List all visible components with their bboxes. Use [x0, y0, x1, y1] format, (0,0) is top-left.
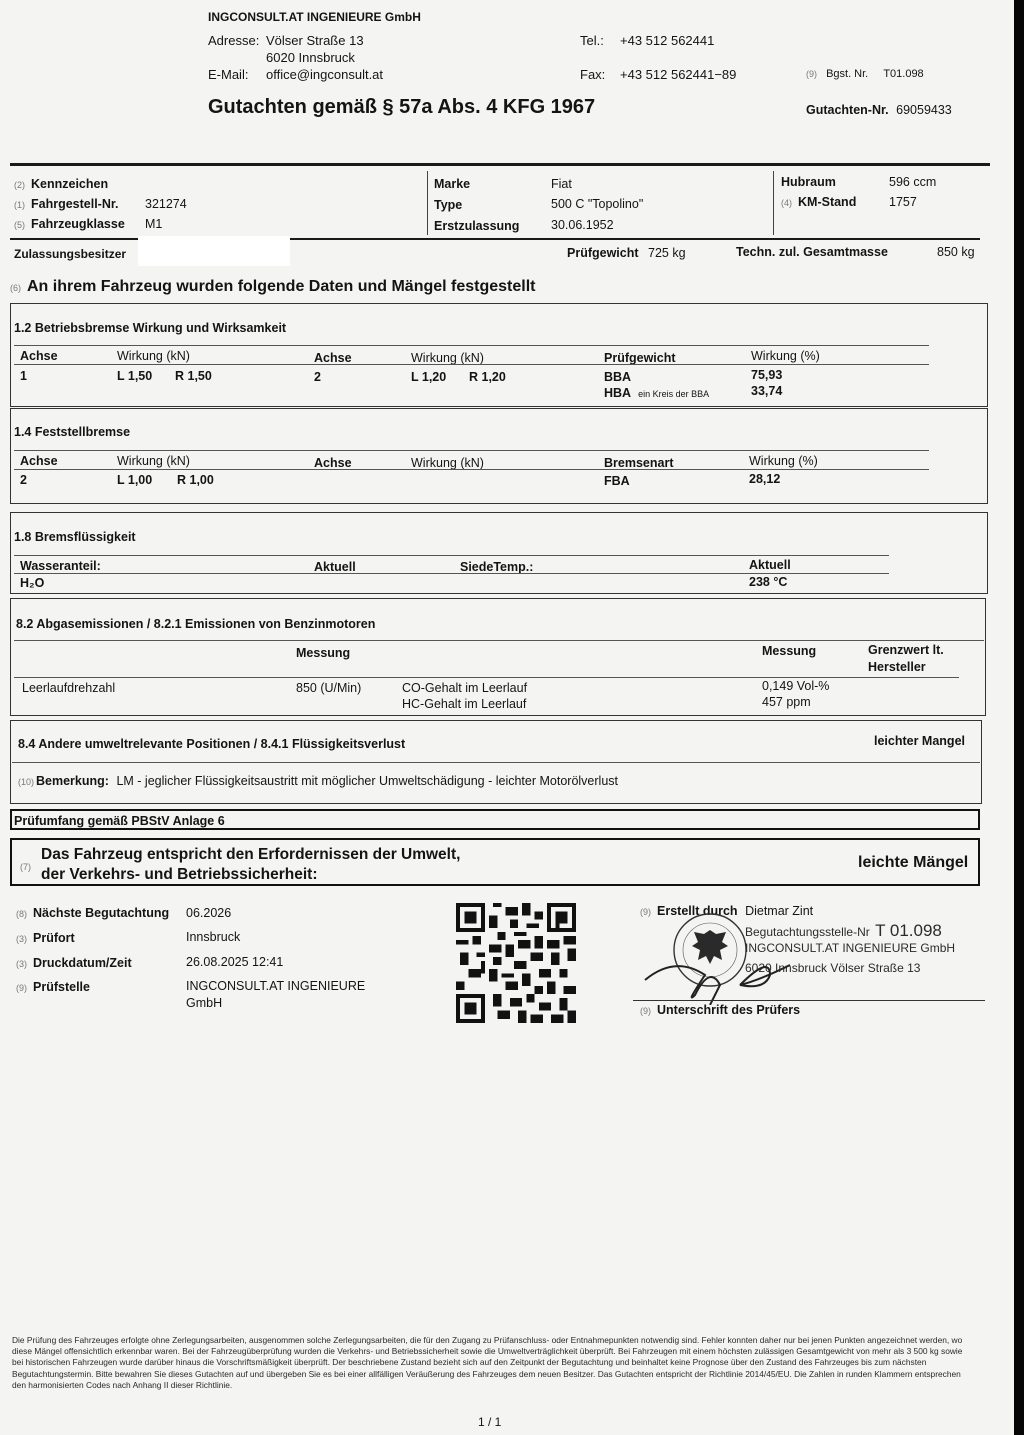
section-1-8 [10, 512, 988, 594]
divider [14, 573, 889, 574]
cell: HBA [604, 386, 631, 400]
pruefgewicht-label: Prüfgewicht [567, 246, 639, 260]
email-link[interactable]: office@ingconsult.at [266, 67, 383, 82]
detail-label: Druckdatum/Zeit [33, 956, 132, 970]
address-line1: Völser Straße 13 [266, 33, 364, 48]
cell: 457 ppm [762, 695, 811, 709]
scan-edge [1014, 0, 1024, 1435]
remark-text: LM - jeglicher Flüssigkeitsaustritt mit … [116, 774, 618, 788]
klasse-label: Fahrzeugklasse [31, 217, 125, 231]
address-line2: 6020 Innsbruck [266, 50, 355, 65]
divider [10, 238, 138, 240]
type-value: 500 C "Topolino" [551, 197, 643, 211]
col-header: Achse [314, 456, 352, 470]
col-header: Achse [20, 349, 58, 363]
col-header: Prüfgewicht [604, 351, 676, 365]
col-header: Wirkung (kN) [411, 351, 484, 365]
cell: 33,74 [751, 384, 782, 398]
col-header: Messung [762, 644, 816, 658]
signature-icon [640, 945, 820, 1005]
findings-code: (6) [10, 283, 21, 293]
kennzeichen-label: Kennzeichen [31, 177, 108, 191]
col-header: Wirkung (%) [751, 349, 820, 363]
fax-value: +43 512 562441−89 [620, 67, 736, 82]
cell: 0,149 Vol-% [762, 679, 829, 693]
divider [14, 640, 984, 641]
created-by: Dietmar Zint [745, 904, 813, 918]
detail-label: Prüfstelle [33, 980, 90, 994]
divider [12, 762, 980, 763]
detail-label: Prüfort [33, 931, 75, 945]
divider [14, 450, 929, 451]
col-header: Aktuell [314, 560, 356, 574]
klasse-code: (5) [14, 220, 25, 230]
cell: R 1,20 [469, 370, 506, 384]
page-number: 1 / 1 [478, 1415, 501, 1429]
detail-code: (9) [16, 983, 27, 993]
stamp-number: T 01.098 [875, 921, 942, 940]
verdict-line1: Das Fahrzeug entspricht den Erforderniss… [41, 846, 460, 864]
cell: 75,93 [751, 368, 782, 382]
scope-text: Prüfumfang gemäß PBStV Anlage 6 [14, 814, 225, 828]
klasse-value: M1 [145, 217, 162, 231]
fahrgestell-code: (1) [14, 200, 25, 210]
besitzer-label: Zulassungsbesitzer [14, 247, 126, 261]
hubraum-value: 596 ccm [889, 175, 936, 189]
address-label: Adresse: [208, 33, 259, 48]
detail-label: Nächste Begutachtung [33, 906, 169, 920]
detail-value: GmbH [186, 996, 222, 1010]
verdict-line2: der Verkehrs- und Betriebssicherheit: [41, 866, 318, 884]
marke-value: Fiat [551, 177, 572, 191]
col-header: Wasseranteil: [20, 559, 101, 573]
hubraum-label: Hubraum [781, 175, 836, 189]
bgst-code: (9) [806, 69, 817, 79]
section-title: 1.4 Feststellbremse [14, 425, 130, 439]
remark-code: (10) [18, 777, 34, 787]
cell: Leerlaufdrehzahl [22, 681, 115, 695]
divider [14, 677, 959, 678]
cell: H₂O [20, 576, 44, 590]
col-header: Wirkung (kN) [411, 456, 484, 470]
fax-label: Fax: [580, 67, 605, 82]
detail-value: 26.08.2025 12:41 [186, 955, 283, 969]
email-label: E-Mail: [208, 67, 248, 82]
section-title: 1.2 Betriebsbremse Wirkung und Wirksamke… [14, 321, 286, 335]
tel-label: Tel.: [580, 33, 604, 48]
cell: L 1,20 [411, 370, 446, 384]
stamp-line: Begutachtungsstelle-Nr [745, 925, 870, 939]
cell: 850 (U/Min) [296, 681, 361, 695]
cell: FBA [604, 474, 630, 488]
detail-value: INGCONSULT.AT INGENIEURE [186, 979, 365, 993]
redacted-owner [138, 236, 290, 266]
detail-code: (3) [16, 934, 27, 944]
erstzulassung-label: Erstzulassung [434, 219, 519, 233]
severity-badge: leichter Mangel [874, 734, 965, 748]
col-header: SiedeTemp.: [460, 560, 533, 574]
pruefgewicht-value: 725 kg [648, 246, 686, 260]
detail-code: (8) [16, 909, 27, 919]
cell: L 1,00 [117, 473, 152, 487]
sign-code: (9) [640, 1006, 651, 1016]
tel-value: +43 512 562441 [620, 33, 714, 48]
section-title: 8.4 Andere umweltrelevante Positionen / … [18, 737, 405, 751]
signature-line [633, 1000, 985, 1001]
divider [10, 163, 990, 166]
bgst-value: T01.098 [883, 68, 923, 80]
col-header: Bremsenart [604, 456, 673, 470]
col-header: Grenzwert lt. [868, 643, 944, 657]
section-title: 8.2 Abgasemissionen / 8.2.1 Emissionen v… [16, 617, 375, 631]
cell: L 1,50 [117, 369, 152, 383]
col-header: Wirkung (kN) [117, 454, 190, 468]
company-name: INGCONSULT.AT INGENIEURE GmbH [208, 10, 421, 24]
type-label: Type [434, 198, 462, 212]
divider [14, 469, 929, 470]
cell: BBA [604, 370, 631, 384]
remark-label: Bemerkung: [36, 774, 109, 788]
gutachten-nr-label: Gutachten-Nr. [806, 103, 889, 117]
cell: 238 °C [749, 575, 787, 589]
verdict-result: leichte Mängel [858, 854, 968, 872]
qr-code-icon [456, 903, 576, 1023]
col-header: Messung [296, 646, 350, 660]
kennzeichen-code: (2) [14, 180, 25, 190]
cell: HC-Gehalt im Leerlauf [402, 697, 526, 711]
cell: 28,12 [749, 472, 780, 486]
sign-label: Unterschrift des Prüfers [657, 1003, 800, 1017]
cell: R 1,50 [175, 369, 212, 383]
divider [427, 171, 428, 235]
divider [14, 364, 929, 365]
detail-value: Innsbruck [186, 930, 240, 944]
km-code: (4) [781, 198, 792, 208]
col-header: Wirkung (kN) [117, 349, 190, 363]
document-title: Gutachten gemäß § 57a Abs. 4 KFG 1967 [208, 96, 595, 119]
divider [14, 555, 889, 556]
col-header: Hersteller [868, 660, 926, 674]
divider [14, 345, 929, 346]
cell: 1 [20, 369, 27, 383]
marke-label: Marke [434, 177, 470, 191]
km-value: 1757 [889, 195, 917, 209]
cell: R 1,00 [177, 473, 214, 487]
col-header: Achse [20, 454, 58, 468]
col-header: Wirkung (%) [749, 454, 818, 468]
legal-disclaimer: Die Prüfung des Fahrzeuges erfolgte ohne… [12, 1335, 964, 1391]
gesamtmasse-label: Techn. zul. Gesamtmasse [736, 245, 888, 259]
detail-value: 06.2026 [186, 906, 231, 920]
cell: CO-Gehalt im Leerlauf [402, 681, 527, 695]
divider [773, 171, 774, 235]
verdict-code: (7) [20, 862, 31, 872]
gesamtmasse-value: 850 kg [937, 245, 975, 259]
bgst-label: Bgst. Nr. [826, 68, 868, 80]
cell: 2 [20, 473, 27, 487]
divider [290, 238, 980, 240]
cell-note: ein Kreis der BBA [638, 389, 709, 399]
fahrgestell-label: Fahrgestell-Nr. [31, 197, 119, 211]
col-header: Aktuell [749, 558, 791, 572]
col-header: Achse [314, 351, 352, 365]
erstzulassung-value: 30.06.1952 [551, 218, 614, 232]
section-title: 1.8 Bremsflüssigkeit [14, 530, 136, 544]
gutachten-nr-value: 69059433 [896, 103, 952, 117]
detail-code: (3) [16, 959, 27, 969]
km-label: KM-Stand [798, 195, 856, 209]
cell: 2 [314, 370, 321, 384]
findings-heading: An ihrem Fahrzeug wurden folgende Daten … [27, 278, 536, 295]
fahrgestell-value: 321274 [145, 197, 187, 211]
signature-code: (9) [640, 907, 651, 917]
